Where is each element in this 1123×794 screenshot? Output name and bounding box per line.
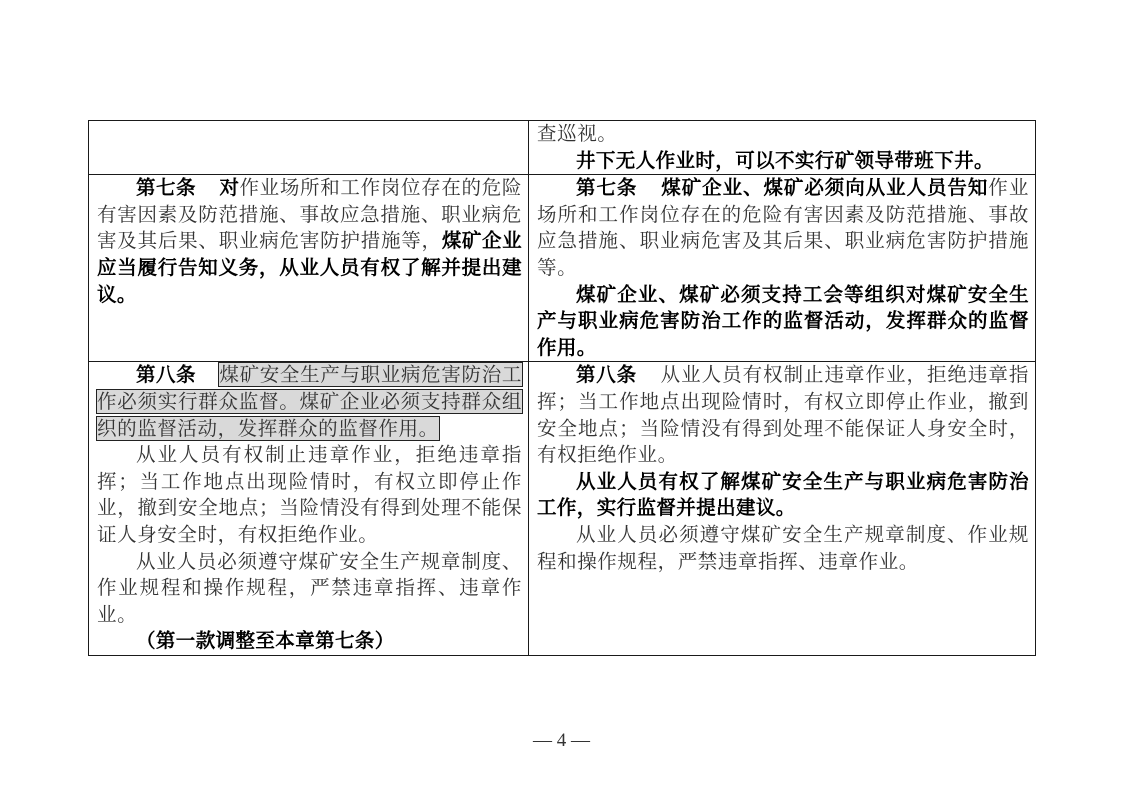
text-segment: 从业人员必须遵守煤矿安全生产规章制度、作业规程和操作规程，严禁违章指挥、违章作业…: [537, 523, 1029, 573]
comparison-table: 查巡视。 井下无人作业时，可以不实行矿领导带班下井。 第七条对作业场所和工作岗位…: [88, 120, 1036, 656]
text-segment-bold: 从业人员有权了解煤矿安全生产与职业病危害防治工作，实行监督并提出建议。: [537, 470, 1029, 520]
table-row: 第八条煤矿安全生产与职业病危害防治工作必须实行群众监督。煤矿企业必须支持群众组织…: [89, 362, 1036, 656]
table-row: 第七条对作业场所和工作岗位存在的危险有害因素及防范措施、事故应急措施、职业病危害…: [89, 175, 1036, 362]
paragraph: 煤矿企业、煤矿必须支持工会等组织对煤矿安全生产与职业病危害防治工作的监督活动，发…: [537, 282, 1029, 362]
paragraph: 从业人员有权制止违章作业，拒绝违章指挥；当工作地点出现险情时，有权立即停止作业，…: [97, 442, 522, 548]
paragraph: 从业人员有权了解煤矿安全生产与职业病危害防治工作，实行监督并提出建议。: [537, 469, 1029, 522]
paragraph: （第一款调整至本章第七条）: [97, 628, 522, 655]
paragraph: 第七条煤矿企业、煤矿必须向从业人员告知作业场所和工作岗位存在的危险有害因素及防范…: [537, 175, 1029, 281]
original-cell: 第八条煤矿安全生产与职业病危害防治工作必须实行群众监督。煤矿企业必须支持群众组织…: [89, 362, 529, 656]
revised-cell: 第七条煤矿企业、煤矿必须向从业人员告知作业场所和工作岗位存在的危险有害因素及防范…: [529, 175, 1036, 362]
page-number: — 4 —: [0, 730, 1123, 752]
table-row: 查巡视。 井下无人作业时，可以不实行矿领导带班下井。: [89, 121, 1036, 175]
adjustment-note: （第一款调整至本章第七条）: [136, 629, 395, 652]
text-segment-bold: 井下无人作业时，可以不实行矿领导带班下井。: [576, 149, 994, 172]
text-segment-bold: 对: [219, 176, 239, 199]
text-segment: 从业人员必须遵守煤矿安全生产规章制度、作业规程和操作规程，严禁违章指挥、违章作业…: [97, 550, 522, 626]
text-segment-bold: 煤矿企业、煤矿必须支持工会等组织对煤矿安全生产与职业病危害防治工作的监督活动，发…: [537, 283, 1029, 359]
paragraph: 井下无人作业时，可以不实行矿领导带班下井。: [537, 148, 1029, 175]
paragraph: 第八条从业人员有权制止违章作业，拒绝违章指挥；当工作地点出现险情时，有权立即停止…: [537, 362, 1029, 468]
text-segment-bold: 煤矿企业、煤矿必须向从业人员告知: [661, 176, 989, 199]
text-segment: 从业人员有权制止违章作业，拒绝违章指挥；当工作地点出现险情时，有权立即停止作业，…: [97, 443, 522, 546]
revised-cell: 第八条从业人员有权制止违章作业，拒绝违章指挥；当工作地点出现险情时，有权立即停止…: [529, 362, 1036, 656]
document-page: 查巡视。 井下无人作业时，可以不实行矿领导带班下井。 第七条对作业场所和工作岗位…: [0, 0, 1123, 794]
paragraph: 第八条煤矿安全生产与职业病危害防治工作必须实行群众监督。煤矿企业必须支持群众组织…: [97, 362, 522, 442]
article-number: 第八条: [576, 363, 637, 386]
article-number: 第七条: [136, 176, 196, 199]
paragraph: 查巡视。: [537, 121, 1029, 148]
paragraph: 第七条对作业场所和工作岗位存在的危险有害因素及防范措施、事故应急措施、职业病危害…: [97, 175, 522, 308]
original-cell: 第七条对作业场所和工作岗位存在的危险有害因素及防范措施、事故应急措施、职业病危害…: [89, 175, 529, 362]
paragraph: 从业人员必须遵守煤矿安全生产规章制度、作业规程和操作规程，严禁违章指挥、违章作业…: [537, 522, 1029, 575]
article-number: 第七条: [576, 176, 637, 199]
original-cell: [89, 121, 529, 175]
revised-cell: 查巡视。 井下无人作业时，可以不实行矿领导带班下井。: [529, 121, 1036, 175]
article-number: 第八条: [136, 363, 196, 386]
paragraph: 从业人员必须遵守煤矿安全生产规章制度、作业规程和操作规程，严禁违章指挥、违章作业…: [97, 549, 522, 629]
text-segment: 查巡视。: [537, 122, 617, 145]
